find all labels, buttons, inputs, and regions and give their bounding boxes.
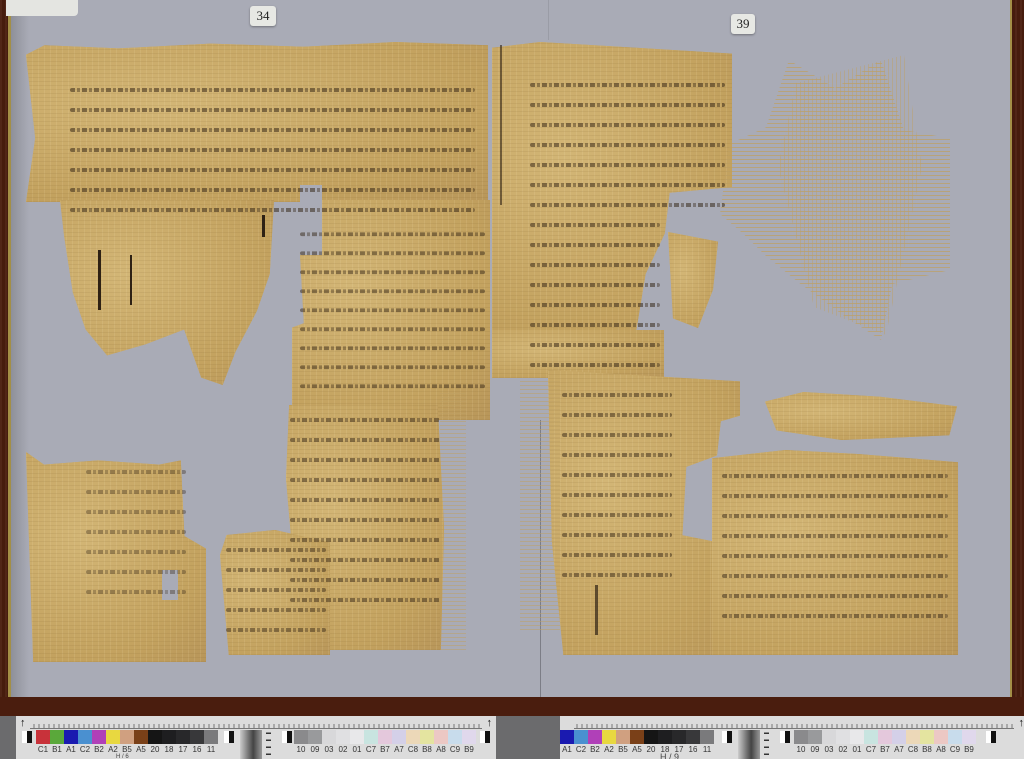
- bw-target: [480, 731, 490, 743]
- loose-fibers: [440, 390, 466, 650]
- swatch-row-dark: [560, 730, 714, 744]
- arrow-up-icon: ↑: [1019, 718, 1024, 728]
- frame-bottom: [0, 697, 1024, 716]
- plate-label-34: 34: [250, 6, 276, 26]
- measurement-ruler: [574, 720, 1014, 729]
- greek-text-block-5: [226, 540, 326, 640]
- swatch-row-dark: [36, 730, 218, 744]
- handwritten-note: H / 6: [116, 754, 129, 759]
- bw-target: [780, 731, 790, 743]
- handwritten-note: H / 9: [660, 752, 679, 759]
- scale-marks: ▬▬▬▬: [266, 730, 278, 759]
- measurement-ruler: [30, 720, 482, 729]
- gray-wedge: [240, 730, 262, 759]
- swatch-labels-light: 1009030201C7B7A7C8B8A8C9B9: [294, 745, 476, 754]
- papyrus-crack: [130, 255, 132, 305]
- papyrus-crack: [500, 45, 502, 205]
- gray-wedge: [738, 730, 760, 759]
- arrow-up-icon: ↑: [487, 718, 493, 728]
- scale-marks: ▬▬▬▬: [764, 730, 776, 759]
- greek-text-block-1: [70, 80, 475, 220]
- color-calibration-strip-left: ↑ ↑ C1B1A1C2B2A2B5A52018171611 ▬▬▬▬ 1009…: [16, 716, 496, 759]
- plate-divider-top: [548, 0, 549, 40]
- bw-target: [722, 731, 732, 743]
- color-calibration-strip-right: ↑ A1C2B2A2B5A52018171611 ▬▬▬▬ 1009030201…: [560, 716, 1024, 759]
- swatch-row-light: [794, 730, 976, 744]
- arrow-up-icon: ↑: [20, 718, 26, 728]
- swatch-labels-light: 1009030201C7B7A7C8B8A8C9B9: [794, 745, 976, 754]
- greek-text-block-6: [530, 75, 725, 215]
- loose-fibers-right: [520, 380, 560, 630]
- papyrus-crack: [595, 585, 598, 635]
- greek-text-block-8: [562, 385, 672, 585]
- greek-text-block-9: [722, 466, 948, 626]
- greek-text-block-2: [300, 225, 485, 406]
- bw-target: [22, 731, 32, 743]
- swatch-labels-dark: C1B1A1C2B2A2B5A52018171611: [36, 745, 218, 754]
- bw-target: [986, 731, 996, 743]
- swatch-row-light: [294, 730, 476, 744]
- greek-text-block-4: [86, 462, 186, 612]
- bw-target: [224, 731, 234, 743]
- bw-target: [282, 731, 292, 743]
- mount-shadow: [11, 0, 29, 697]
- papyrus-crack: [262, 215, 265, 237]
- greek-text-block-7: [530, 215, 660, 385]
- papyrus-crack: [98, 250, 101, 310]
- plate-label-39: 39: [731, 14, 755, 34]
- swatch-labels-dark: A1C2B2A2B5A52018171611: [560, 745, 714, 754]
- corner-tab: [6, 0, 78, 16]
